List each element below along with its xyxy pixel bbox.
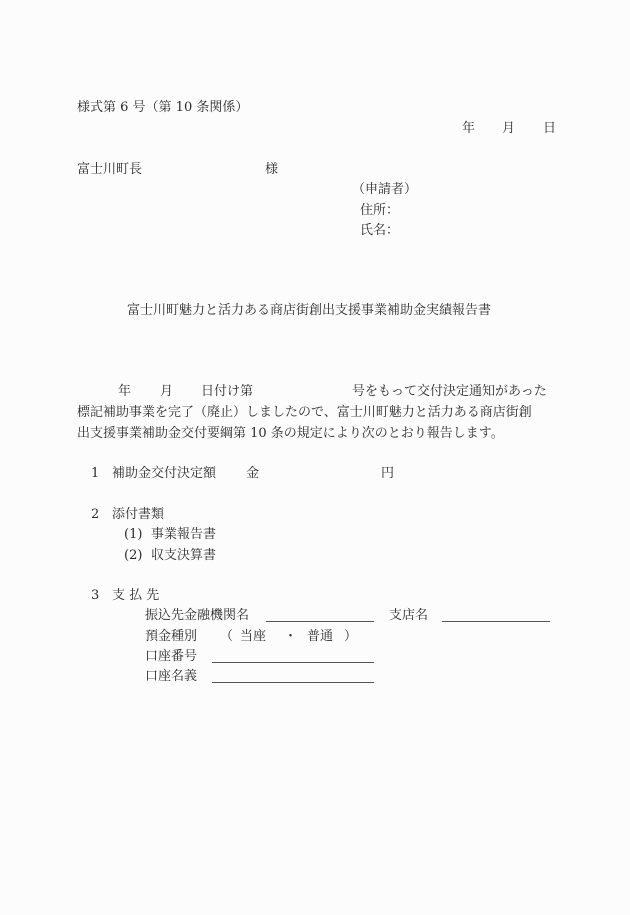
account-number-field[interactable] (212, 646, 374, 662)
item-3-label: 支 払 先 (112, 588, 159, 604)
item-1-number: 1 (91, 466, 99, 482)
branch-name-underline (442, 621, 550, 622)
form-number: 様式第 6 号（第 10 条関係） (77, 100, 248, 116)
date-day-label: 日 (543, 121, 556, 137)
branch-name-label: 支店名 (389, 608, 428, 624)
document-title: 富士川町魅力と活力ある商店街創出支援事業補助金実績報告書 (127, 303, 491, 319)
account-type-separator: ・ (284, 629, 297, 645)
body-year-label: 年 (118, 384, 131, 400)
account-type-option-checking[interactable]: 当座 (240, 629, 266, 645)
attachment-1-number: (1) (124, 527, 142, 543)
body-number-suffix: 号をもって交付決定通知があった (352, 384, 547, 400)
item-2-label: 添付書類 (112, 507, 164, 523)
item-1-suffix: 円 (381, 466, 394, 482)
bank-name-field[interactable] (266, 605, 374, 621)
body-line-2: 標記補助事業を完了（廃止）しましたので、富士川町魅力と活力ある商店街創 (77, 405, 532, 421)
body-month-label: 月 (160, 384, 173, 400)
subsidy-amount-field[interactable] (262, 466, 377, 482)
account-name-underline (212, 682, 374, 683)
date-month-label: 月 (502, 121, 515, 137)
account-number-label: 口座番号 (145, 649, 197, 665)
item-2-number: 2 (91, 507, 99, 523)
applicant-name-field[interactable] (402, 223, 562, 239)
date-year-label: 年 (462, 121, 475, 137)
applicant-heading: （申請者） (352, 182, 417, 198)
account-name-field[interactable] (212, 666, 374, 682)
body-day-suffix: 日付け第 (201, 384, 253, 400)
account-type-open-paren: （ (220, 629, 233, 645)
item-3-number: 3 (91, 588, 99, 604)
applicant-address-field[interactable] (402, 203, 562, 219)
applicant-name-label: 氏名： (360, 223, 399, 239)
addressee-honorific: 様 (265, 162, 278, 178)
account-type-close-paren: ） (344, 629, 357, 645)
item-1-label: 補助金交付決定額 (112, 466, 216, 482)
attachment-2-label: 収支決算書 (151, 548, 216, 564)
applicant-address-label: 住所： (360, 203, 399, 219)
account-number-underline (212, 662, 374, 663)
account-name-label: 口座名義 (145, 669, 197, 685)
addressee-name: 富士川町長 (77, 162, 142, 178)
branch-name-field[interactable] (442, 605, 550, 621)
body-line-3: 出支援事業補助金交付要綱第 10 条の規定により次のとおり報告します。 (77, 426, 504, 442)
document-page: 様式第 6 号（第 10 条関係） 年 月 日 富士川町長 様 （申請者） 住所… (0, 0, 630, 915)
attachment-1-label: 事業報告書 (151, 527, 216, 543)
account-type-option-savings[interactable]: 普通 (307, 629, 333, 645)
bank-name-underline (266, 621, 374, 622)
bank-name-label: 振込先金融機関名 (145, 608, 249, 624)
account-type-label: 預金種別 (145, 629, 197, 645)
attachment-2-number: (2) (124, 548, 142, 564)
item-1-prefix: 金 (246, 466, 259, 482)
